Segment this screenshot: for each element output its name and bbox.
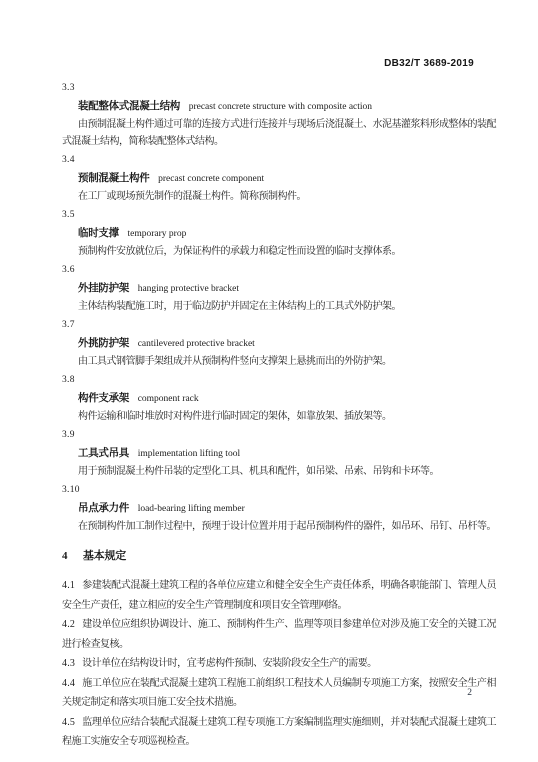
term-name-zh: 预制混凝土构件 (78, 173, 149, 184)
clause-text: 建设单位应组织协调设计、施工、预制构件生产、监理等项目参建单位对涉及施工安全的关… (62, 619, 496, 650)
term-definition: 由工具式钢管脚手架组成并从预制构件竖向支撑架上悬挑而出的外防护架。 (62, 353, 496, 370)
term-name-zh: 构件支承架 (78, 393, 129, 404)
term-number: 3.6 (62, 262, 496, 278)
clause-4-1: 4.1 参建装配式混凝土建筑工程的各单位应建立和健全安全生产责任体系，明确各职能… (62, 576, 496, 615)
term-name-en: hanging protective bracket (138, 284, 239, 294)
term-name-en: temporary prop (128, 229, 187, 239)
term-line: 外挂防护架 hanging protective bracket (62, 278, 496, 298)
document-page: DB32/T 3689-2019 3.3 装配整体式混凝土结构 precast … (0, 0, 538, 762)
term-number: 3.8 (62, 372, 496, 388)
term-item-3-10: 3.10 吊点承力件 load-bearing lifting member 在… (62, 482, 496, 535)
term-line: 外挑防护架 cantilevered protective bracket (62, 333, 496, 353)
term-item-3-9: 3.9 工具式吊具 implementation lifting tool 用于… (62, 427, 496, 480)
term-number: 3.4 (62, 152, 496, 168)
clause-number: 4.1 (62, 580, 75, 591)
term-name-en: cantilevered protective bracket (138, 339, 255, 349)
term-name-zh: 外挂防护架 (78, 283, 129, 294)
clause-number: 4.2 (62, 619, 75, 630)
term-name-en: implementation lifting tool (138, 449, 240, 459)
term-number: 3.7 (62, 317, 496, 333)
chapter-heading: 4 基本规定 (62, 548, 496, 565)
term-name-en: load-bearing lifting member (138, 504, 245, 514)
clause-number: 4.3 (62, 658, 75, 669)
term-name-en: component rack (138, 394, 199, 404)
term-definition: 预制构件安放就位后，为保证构件的承载力和稳定性而设置的临时支撑体系。 (62, 243, 496, 260)
clause-text: 参建装配式混凝土建筑工程的各单位应建立和健全安全生产责任体系，明确各职能部门、管… (62, 580, 496, 611)
term-line: 构件支承架 component rack (62, 388, 496, 408)
term-item-3-8: 3.8 构件支承架 component rack 构件运输和临时堆放时对构件进行… (62, 372, 496, 425)
clause-number: 4.4 (62, 678, 75, 689)
chapter-number: 4 (62, 550, 67, 562)
clause-4-2: 4.2 建设单位应组织协调设计、施工、预制构件生产、监理等项目参建单位对涉及施工… (62, 615, 496, 654)
term-name-en: precast concrete component (158, 174, 264, 184)
term-definition: 由预制混凝土构件通过可靠的连接方式进行连接并与现场后浇混凝土、水泥基灌浆料形成整… (62, 116, 496, 150)
chapter-title: 基本规定 (83, 550, 126, 562)
term-item-3-5: 3.5 临时支撑 temporary prop 预制构件安放就位后，为保证构件的… (62, 207, 496, 260)
term-definition: 用于预制混凝土构件吊装的定型化工具、机具和配件，如吊梁、吊索、吊钩和卡环等。 (62, 463, 496, 480)
clause-text: 监理单位应结合装配式混凝土建筑工程专项施工方案编制监理实施细则，并对装配式混凝土… (62, 717, 496, 748)
term-number: 3.9 (62, 427, 496, 443)
clause-4-5: 4.5 监理单位应结合装配式混凝土建筑工程专项施工方案编制监理实施细则，并对装配… (62, 713, 496, 752)
term-definition: 在预制构件加工制作过程中，预埋于设计位置并用于起吊预制构件的器件，如吊环、吊钉、… (62, 518, 496, 535)
clause-text: 设计单位在结构设计时，宜考虑构件预制、安装阶段安全生产的需要。 (82, 658, 377, 669)
term-number: 3.10 (62, 482, 496, 498)
clause-4-4: 4.4 施工单位应在装配式混凝土建筑工程施工前组织工程技术人员编制专项施工方案，… (62, 674, 496, 713)
clause-4-3: 4.3 设计单位在结构设计时，宜考虑构件预制、安装阶段安全生产的需要。 (62, 654, 496, 674)
term-line: 预制混凝土构件 precast concrete component (62, 168, 496, 188)
term-definition: 主体结构装配施工时，用于临边防护并固定在主体结构上的工具式外防护架。 (62, 298, 496, 315)
clause-text: 施工单位应在装配式混凝土建筑工程施工前组织工程技术人员编制专项施工方案，按照安全… (62, 678, 496, 709)
term-name-zh: 外挑防护架 (78, 338, 129, 349)
document-content: 3.3 装配整体式混凝土结构 precast concrete structur… (62, 80, 496, 752)
term-name-zh: 吊点承力件 (78, 503, 129, 514)
clause-number: 4.5 (62, 717, 75, 728)
term-line: 装配整体式混凝土结构 precast concrete structure wi… (62, 96, 496, 116)
term-name-en: precast concrete structure with composit… (189, 102, 372, 112)
term-number: 3.3 (62, 80, 496, 96)
term-definition: 构件运输和临时堆放时对构件进行临时固定的架体，如靠放架、插放架等。 (62, 408, 496, 425)
term-name-zh: 装配整体式混凝土结构 (78, 101, 180, 112)
standard-number-header: DB32/T 3689-2019 (384, 58, 474, 69)
term-name-zh: 临时支撑 (78, 228, 119, 239)
term-definition: 在工厂或现场预先制作的混凝土构件。简称预制构件。 (62, 188, 496, 205)
term-item-3-7: 3.7 外挑防护架 cantilevered protective bracke… (62, 317, 496, 370)
term-name-zh: 工具式吊具 (78, 448, 129, 459)
term-item-3-3: 3.3 装配整体式混凝土结构 precast concrete structur… (62, 80, 496, 150)
term-number: 3.5 (62, 207, 496, 223)
term-line: 吊点承力件 load-bearing lifting member (62, 498, 496, 518)
term-item-3-4: 3.4 预制混凝土构件 precast concrete component 在… (62, 152, 496, 205)
term-line: 工具式吊具 implementation lifting tool (62, 443, 496, 463)
page-number: 2 (467, 688, 472, 698)
term-line: 临时支撑 temporary prop (62, 223, 496, 243)
term-item-3-6: 3.6 外挂防护架 hanging protective bracket 主体结… (62, 262, 496, 315)
